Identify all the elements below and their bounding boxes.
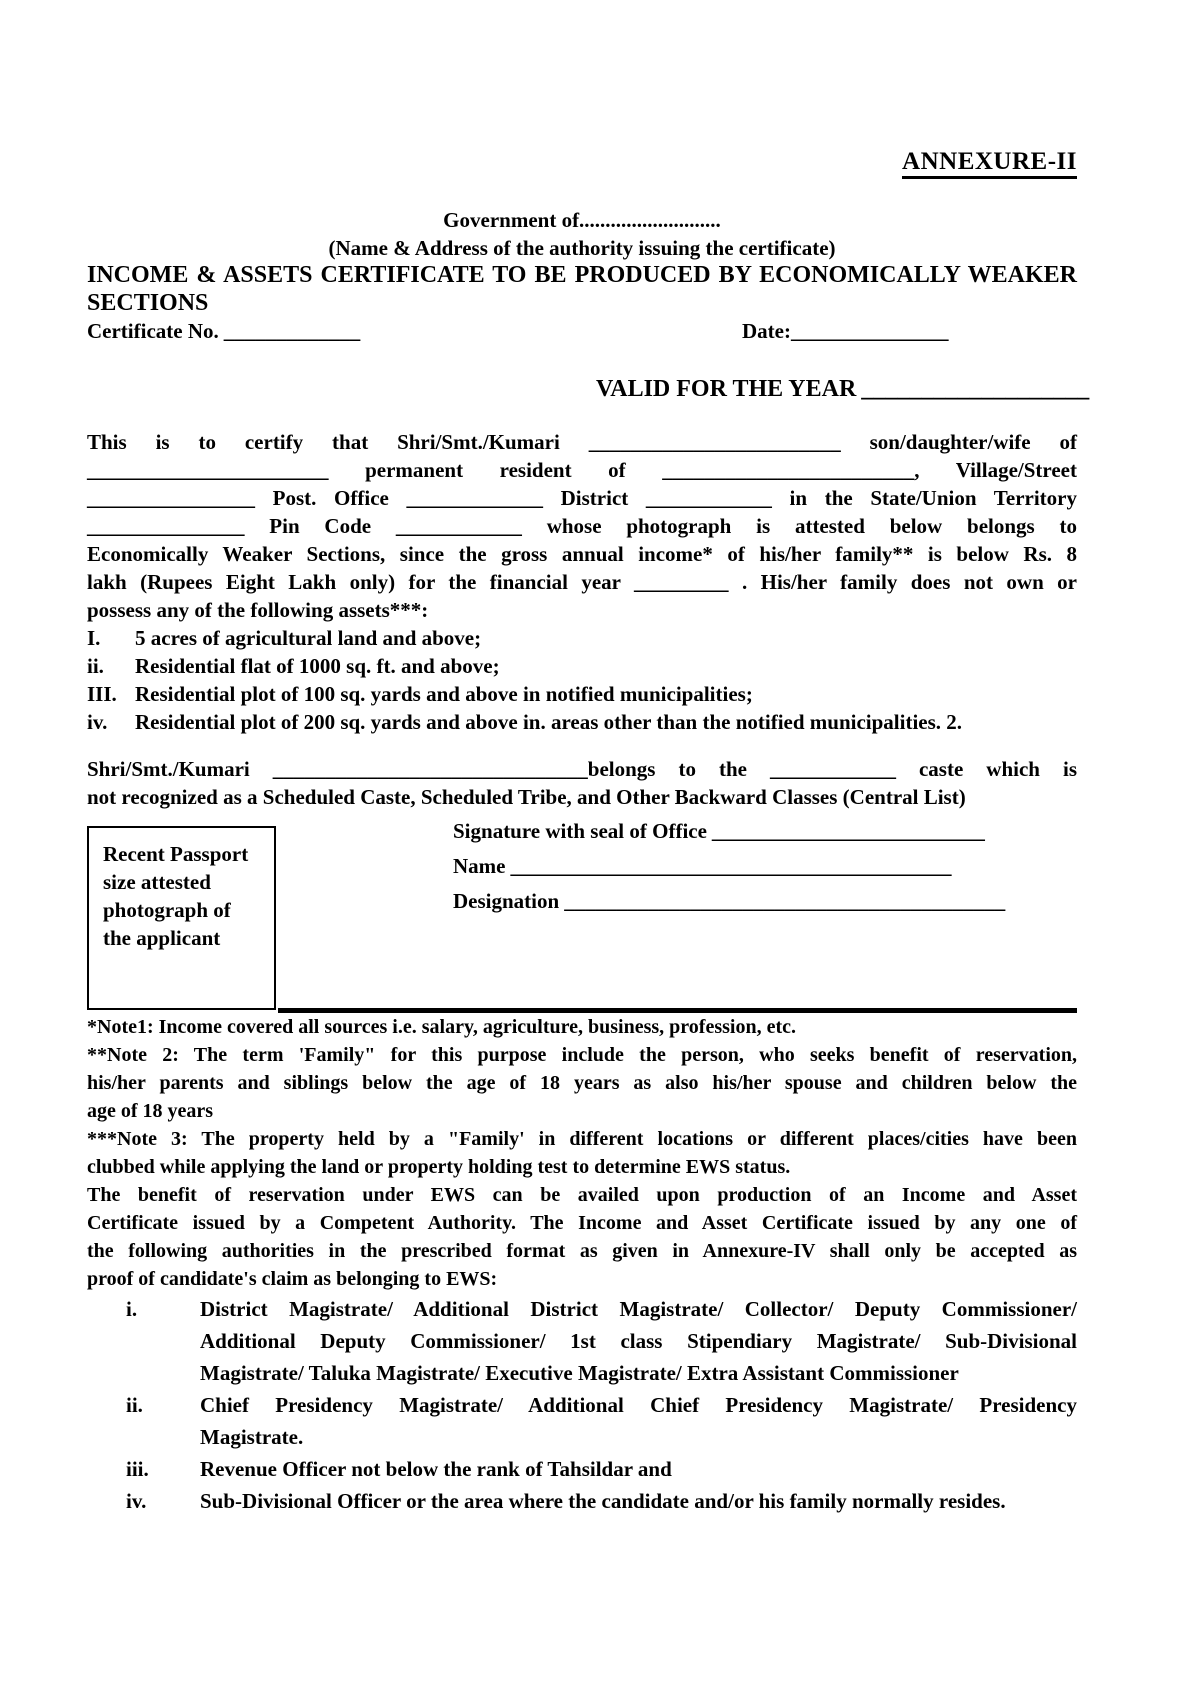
certify-line: Economically Weaker Sections, since the …	[87, 540, 1077, 568]
asset-list-item: iv. Residential plot of 200 sq. yards an…	[87, 708, 1077, 736]
caste-line: not recognized as a Scheduled Caste, Sch…	[87, 783, 1077, 811]
photo-box-line: the applicant	[103, 924, 266, 952]
authority-item-marker: iv.	[126, 1485, 146, 1517]
notes-section: *Note1: Income covered all sources i.e. …	[87, 1013, 1077, 1293]
signature-office-blank: __________________________	[712, 819, 985, 843]
asset-item-text: Residential plot of 100 sq. yards and ab…	[135, 682, 753, 706]
signature-designation-label: Designation	[453, 889, 559, 913]
date-group: Date:_______________	[742, 319, 948, 344]
asset-list-item: III. Residential plot of 100 sq. yards a…	[87, 680, 1077, 708]
certify-line: lakh (Rupees Eight Lakh only) for the fi…	[87, 568, 1077, 596]
signature-designation-blank: ________________________________________…	[564, 889, 1005, 913]
certificate-no-label: Certificate No.	[87, 319, 219, 343]
signature-office-label: Signature with seal of Office	[453, 819, 707, 843]
authority-item-line: Magistrate.	[200, 1421, 1077, 1453]
document-page: ANNEXURE-II Government of...............…	[0, 0, 1200, 1696]
date-label: Date:	[742, 319, 791, 343]
authority-item-line: Sub-Divisional Officer or the area where…	[200, 1485, 1077, 1517]
photo-box-line: size attested	[103, 868, 266, 896]
note-line: age of 18 years	[87, 1097, 1077, 1125]
authority-list-item: ii. Chief Presidency Magistrate/ Additio…	[87, 1389, 1077, 1453]
annexure-title: ANNEXURE-II	[87, 148, 1077, 176]
authority-item-marker: iii.	[126, 1453, 149, 1485]
certificate-heading-line1: INCOME & ASSETS CERTIFICATE TO BE PRODUC…	[87, 261, 1077, 289]
signature-office-line: Signature with seal of Office___________…	[453, 814, 1005, 849]
government-line: Government of...........................	[87, 206, 1077, 234]
certify-line: ________________ Post. Office __________…	[87, 484, 1077, 512]
photo-box-line: Recent Passport	[103, 840, 266, 868]
asset-item-marker: I.	[87, 624, 100, 652]
authority-line: (Name & Address of the authority issuing…	[87, 234, 1077, 262]
note-line: The benefit of reservation under EWS can…	[87, 1181, 1077, 1209]
caste-paragraph: Shri/Smt./Kumari _______________________…	[87, 755, 1077, 811]
asset-item-text: 5 acres of agricultural land and above;	[135, 626, 481, 650]
authority-list-item: iii. Revenue Officer not below the rank …	[87, 1453, 1077, 1485]
certify-line: This is to certify that Shri/Smt./Kumari…	[87, 428, 1077, 456]
asset-item-text: Residential flat of 1000 sq. ft. and abo…	[135, 654, 500, 678]
photo-box-line: photograph of	[103, 896, 266, 924]
note-line: his/her parents and siblings below the a…	[87, 1069, 1077, 1097]
note-line: *Note1: Income covered all sources i.e. …	[87, 1013, 1077, 1041]
valid-year-label: VALID FOR THE YEAR	[596, 376, 856, 402]
authority-item-marker: ii.	[126, 1389, 143, 1421]
government-header: Government of...........................…	[87, 206, 1077, 262]
asset-list-item: I. 5 acres of agricultural land and abov…	[87, 624, 1077, 652]
signature-name-blank: ________________________________________…	[510, 854, 951, 878]
authority-item-line: District Magistrate/ Additional District…	[200, 1293, 1077, 1325]
authority-item-line: Revenue Officer not below the rank of Ta…	[200, 1453, 1077, 1485]
certificate-heading: INCOME & ASSETS CERTIFICATE TO BE PRODUC…	[87, 261, 1077, 317]
note-line: the following authorities in the prescri…	[87, 1237, 1077, 1265]
signature-name-label: Name	[453, 854, 505, 878]
certify-line: _______________________ permanent reside…	[87, 456, 1077, 484]
authority-list-item: i. District Magistrate/ Additional Distr…	[87, 1293, 1077, 1389]
signature-name-line: Name____________________________________…	[453, 849, 1005, 884]
note-line: clubbed while applying the land or prope…	[87, 1153, 1077, 1181]
signature-designation-line: Designation_____________________________…	[453, 884, 1005, 919]
authority-item-line: Chief Presidency Magistrate/ Additional …	[200, 1389, 1077, 1421]
certificate-no-row: Certificate No._____________ Date:______…	[87, 319, 1077, 347]
signature-block: Signature with seal of Office___________…	[453, 814, 1005, 919]
valid-year-line: VALID FOR THE YEAR___________________	[596, 376, 1089, 403]
certify-paragraph: This is to certify that Shri/Smt./Kumari…	[87, 428, 1077, 624]
certify-line: _______________ Pin Code ____________ wh…	[87, 512, 1077, 540]
asset-item-marker: III.	[87, 680, 117, 708]
asset-item-marker: ii.	[87, 652, 104, 680]
caste-line: Shri/Smt./Kumari _______________________…	[87, 755, 1077, 783]
asset-item-marker: iv.	[87, 708, 107, 736]
authority-item-line: Magistrate/ Taluka Magistrate/ Executive…	[200, 1357, 1077, 1389]
asset-list: I. 5 acres of agricultural land and abov…	[87, 624, 1077, 736]
certificate-heading-line2: SECTIONS	[87, 289, 1077, 317]
asset-item-text: Residential plot of 200 sq. yards and ab…	[135, 710, 962, 734]
note-line: proof of candidate's claim as belonging …	[87, 1265, 1077, 1293]
asset-list-item: ii. Residential flat of 1000 sq. ft. and…	[87, 652, 1077, 680]
certificate-no-blank: _____________	[224, 319, 361, 343]
authority-list-item: iv. Sub-Divisional Officer or the area w…	[87, 1485, 1077, 1517]
note-line: ***Note 3: The property held by a "Famil…	[87, 1125, 1077, 1153]
note-line: Certificate issued by a Competent Author…	[87, 1209, 1077, 1237]
photo-box: Recent Passport size attested photograph…	[87, 826, 276, 1010]
note-line: **Note 2: The term 'Family" for this pur…	[87, 1041, 1077, 1069]
valid-year-blank: ___________________	[861, 376, 1089, 402]
date-blank: _______________	[791, 319, 949, 343]
authorities-list: i. District Magistrate/ Additional Distr…	[87, 1293, 1077, 1517]
authority-item-marker: i.	[126, 1293, 137, 1325]
certify-line: possess any of the following assets***:	[87, 596, 1077, 624]
authority-item-line: Additional Deputy Commissioner/ 1st clas…	[200, 1325, 1077, 1357]
